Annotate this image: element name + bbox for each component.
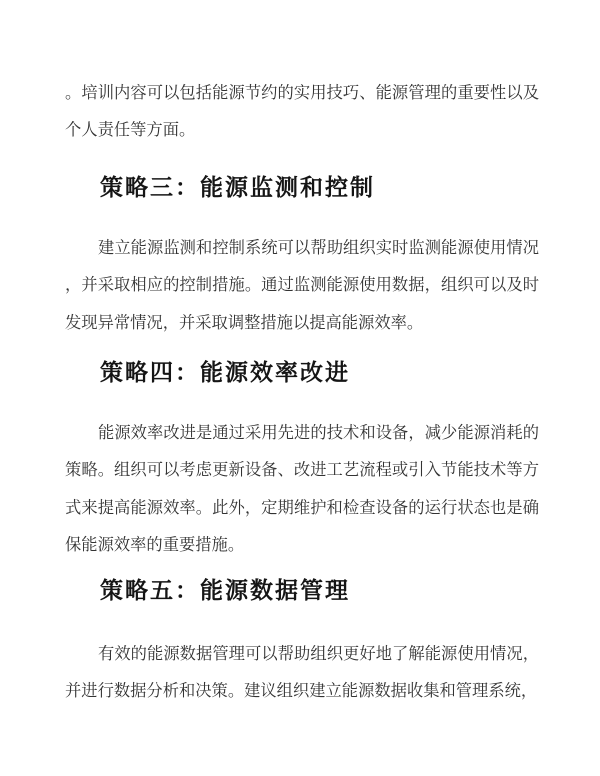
section-heading-strategy-three: 策略三：能源监测和控制: [65, 171, 539, 203]
paragraph-monitoring-control: 建立能源监测和控制系统可以帮助组织实时监测能源使用情况，并采取相应的控制措施。通…: [65, 229, 539, 341]
paragraph-efficiency-improvement: 能源效率改进是通过采用先进的技术和设备，减少能源消耗的策略。组织可以考虑更新设备…: [65, 414, 539, 564]
section-heading-strategy-four: 策略四：能源效率改进: [65, 356, 539, 388]
paragraph-training-content: 。培训内容可以包括能源节约的实用技巧、能源管理的重要性以及个人责任等方面。: [65, 74, 539, 149]
document-page: 。培训内容可以包括能源节约的实用技巧、能源管理的重要性以及个人责任等方面。 策略…: [0, 0, 600, 776]
section-heading-strategy-five: 策略五：能源数据管理: [65, 574, 539, 606]
paragraph-data-management: 有效的能源数据管理可以帮助组织更好地了解能源使用情况，并进行数据分析和决策。建议…: [65, 635, 539, 710]
